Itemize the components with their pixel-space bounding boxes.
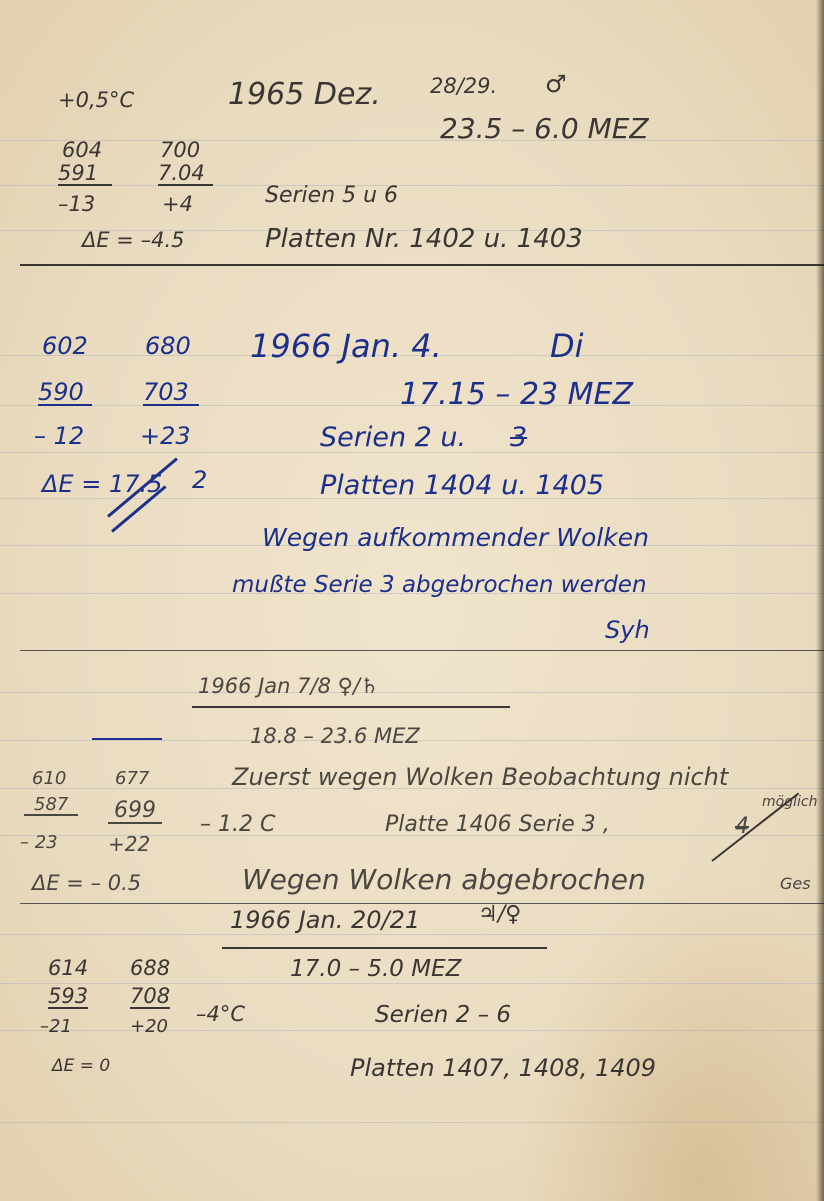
note-line-1: Wegen aufkommender Wolken (262, 525, 649, 550)
note-line-2: Wegen Wolken abgebrochen (242, 866, 646, 894)
initials: Ges (780, 876, 811, 892)
calc-b2: 703 (143, 380, 199, 406)
calc-b1: 677 (115, 770, 149, 788)
delta-e: ΔE = – 0.5 (32, 873, 141, 894)
heading-underline (222, 947, 547, 949)
entry-heading: 1965 Dez. (228, 80, 381, 110)
ruled-line (0, 1122, 824, 1123)
calc-b-diff: +22 (108, 834, 150, 854)
temperature: –4°C (196, 1004, 245, 1025)
entry-heading: 1966 Jan. 20/21 (230, 908, 420, 932)
calc-b2: 699 (108, 800, 162, 824)
calc-b-diff: +20 (130, 1018, 168, 1036)
calc-a1: 614 (48, 958, 88, 979)
calc-a2: 587 (24, 796, 78, 816)
ruled-line (0, 692, 824, 693)
ruled-line (0, 934, 824, 935)
plates-text: Platten 1404 u. 1405 (320, 472, 604, 499)
section-divider (20, 903, 824, 904)
delta-e: ΔE = 0 (52, 1058, 110, 1075)
delta-correction: 2 (192, 468, 207, 492)
calc-a-diff: – 23 (20, 834, 58, 852)
calc-b2: 708 (130, 986, 170, 1009)
heading-underline (192, 706, 510, 708)
series-struck: 3 (510, 424, 527, 451)
calc-b-diff: +4 (162, 194, 193, 215)
signature: Syh (605, 618, 650, 642)
notebook-page: +0,5°C 1965 Dez. 28/29. ♂ 23.5 – 6.0 MEZ… (0, 0, 824, 1201)
entry-heading: 1966 Jan 7/8 ♀/♄ (198, 676, 379, 697)
mars-symbol-icon: ♂ (545, 72, 567, 96)
calc-b2: 7.04 (158, 163, 213, 186)
time-range: 18.8 – 23.6 MEZ (250, 726, 420, 747)
calc-a1: 604 (62, 140, 102, 161)
series-text: Serien 5 u 6 (265, 185, 398, 207)
calc-b1: 700 (160, 140, 200, 161)
note-line-1-extra: möglich (762, 795, 817, 809)
section-divider (20, 264, 824, 266)
calc-a-diff: –21 (40, 1018, 72, 1036)
strike-stroke (711, 792, 799, 861)
ruled-line (0, 185, 824, 186)
entry-heading: 1966 Jan. 4. (250, 330, 442, 362)
time-range: 23.5 – 6.0 MEZ (440, 115, 649, 143)
ruled-line (0, 1030, 824, 1031)
plates-text: Platten Nr. 1402 u. 1403 (265, 226, 583, 252)
calc-a1: 602 (42, 334, 88, 358)
plates-text: Platten 1407, 1408, 1409 (350, 1056, 656, 1080)
plate-text: Platte 1406 Serie 3 , (385, 814, 610, 836)
entry-date: 28/29. (430, 76, 497, 97)
calc-b1: 688 (130, 958, 170, 979)
planet-symbols-icon: ♃/♀ (478, 904, 521, 926)
series-text: Serien 2 – 6 (375, 1004, 511, 1027)
ink-dash (92, 738, 162, 740)
calc-b1: 680 (145, 334, 191, 358)
calc-a-diff: – 12 (34, 424, 84, 448)
series-text: Serien 2 u. (320, 424, 466, 451)
calc-a2: 591 (58, 163, 112, 186)
calc-b-diff: +23 (140, 424, 191, 448)
calc-a-diff: –13 (58, 194, 95, 215)
note-line-1: Zuerst wegen Wolken Beobachtung nicht (232, 765, 728, 789)
calc-a1: 610 (32, 770, 66, 788)
time-range: 17.0 – 5.0 MEZ (290, 958, 461, 981)
calc-a2: 593 (48, 986, 88, 1009)
temperature: +0,5°C (58, 90, 134, 111)
note-line-2: mußte Serie 3 abgebrochen werden (232, 574, 647, 597)
delta-e: ΔE = –4.5 (82, 230, 184, 251)
time-range: 17.15 – 23 MEZ (400, 380, 633, 410)
weekday: Di (550, 330, 584, 362)
calc-a2: 590 (38, 380, 92, 406)
temperature: – 1.2 C (200, 814, 275, 836)
ruled-line (0, 140, 824, 141)
section-divider (20, 650, 824, 651)
ruled-line (0, 983, 824, 984)
